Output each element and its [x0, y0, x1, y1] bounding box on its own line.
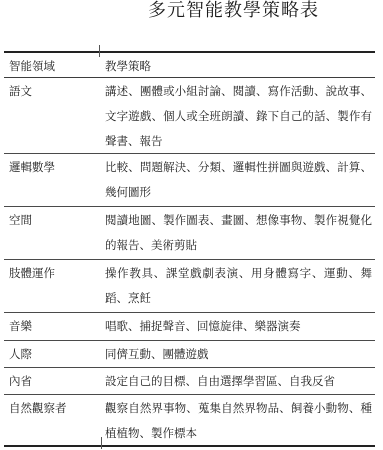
strategies-cell: 同儕互動、團體遊戲	[100, 341, 375, 367]
table-body: 語文 講述、團體或小組討論、閱讀、寫作活動、說故事、文字遊戲、個人或全班朗讀、錄…	[4, 78, 375, 445]
domain-cell: 音樂	[4, 313, 100, 340]
table-row: 語文 講述、團體或小組討論、閱讀、寫作活動、說故事、文字遊戲、個人或全班朗讀、錄…	[4, 78, 375, 154]
strategies-table: 智能領域 教學策略 語文 講述、團體或小組討論、閱讀、寫作活動、說故事、文字遊戲…	[4, 51, 375, 447]
domain-cell: 人際	[4, 341, 100, 367]
strategies-cell: 講述、團體或小組討論、閱讀、寫作活動、說故事、文字遊戲、個人或全班朗讀、錄下自己…	[100, 78, 375, 153]
domain-cell: 肢體運作	[4, 260, 100, 312]
table-row: 肢體運作 操作教具、課堂戲劇表演、用身體寫字、運動、舞蹈、烹飪	[4, 260, 375, 313]
document-page: 多元智能教學策略表 智能領域 教學策略 語文 講述、團體或小組討論、閱讀、寫作活…	[0, 0, 383, 450]
page-title: 多元智能教學策略表	[84, 0, 383, 21]
table-header-row: 智能領域 教學策略	[4, 53, 375, 78]
domain-cell: 語文	[4, 78, 100, 153]
table-row: 人際 同儕互動、團體遊戲	[4, 341, 375, 368]
strategies-cell: 觀察自然界事物、蒐集自然界物品、飼養小動物、種植植物、製作標本	[100, 395, 375, 445]
strategies-cell: 操作教具、課堂戲劇表演、用身體寫字、運動、舞蹈、烹飪	[100, 260, 375, 312]
table-row: 邏輯數學 比較、問題解決、分類、邏輯性拼圖與遊戲、計算、幾何圖形	[4, 154, 375, 207]
domain-cell: 空間	[4, 207, 100, 259]
column-divider-tick-top	[99, 45, 100, 57]
domain-cell: 邏輯數學	[4, 154, 100, 206]
column-divider-tick-bottom	[101, 437, 102, 449]
domain-cell: 內省	[4, 368, 100, 394]
table-row: 內省 設定自己的目標、自由選擇學習區、自我反省	[4, 368, 375, 395]
column-header-strategy: 教學策略	[100, 53, 375, 77]
strategies-cell: 比較、問題解決、分類、邏輯性拼圖與遊戲、計算、幾何圖形	[100, 154, 375, 206]
table-row: 自然觀察者 觀察自然界事物、蒐集自然界物品、飼養小動物、種植植物、製作標本	[4, 395, 375, 445]
strategies-cell: 唱歌、捕捉聲音、回憶旋律、樂器演奏	[100, 313, 375, 340]
table-row: 音樂 唱歌、捕捉聲音、回憶旋律、樂器演奏	[4, 313, 375, 341]
strategies-cell: 設定自己的目標、自由選擇學習區、自我反省	[100, 368, 375, 394]
column-header-domain: 智能領域	[4, 53, 100, 77]
strategies-cell: 閱讀地圖、製作圖表、畫圖、想像事物、製作視覺化的報告、美術剪貼	[100, 207, 375, 259]
domain-cell: 自然觀察者	[4, 395, 100, 445]
table-row: 空間 閱讀地圖、製作圖表、畫圖、想像事物、製作視覺化的報告、美術剪貼	[4, 207, 375, 260]
